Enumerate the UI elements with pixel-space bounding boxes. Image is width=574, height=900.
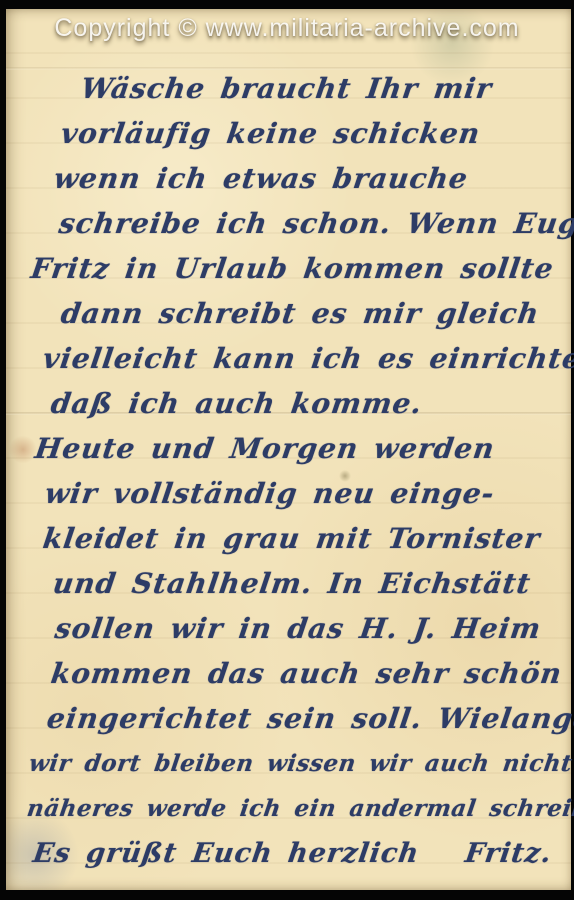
letter-paper: Wäsche braucht Ihr mirvorläufig keine sc… [6, 9, 571, 890]
letter-line: wenn ich etwas brauche [6, 156, 574, 201]
letter-line: Wäsche braucht Ihr mir [6, 66, 574, 111]
letter-line: daß ich auch komme. [6, 381, 574, 426]
letter-line: kleidet in grau mit Tornister [6, 516, 574, 561]
letter-lines: Wäsche braucht Ihr mirvorläufig keine sc… [6, 66, 571, 876]
letter-line: kommen das auch sehr schön [6, 651, 574, 696]
letter-line: dann schreibt es mir gleich [6, 291, 574, 336]
letter-line: vorläufig keine schicken [6, 111, 574, 156]
letter-line: Es grüßt Euch herzlich Fritz. [6, 831, 574, 876]
letter-line: und Stahlhelm. In Eichstätt [6, 561, 574, 606]
letter-line: eingerichtet sein soll. Wielange [6, 696, 574, 741]
scanned-letter-photo: Wäsche braucht Ihr mirvorläufig keine sc… [0, 0, 574, 900]
letter-line: wir vollständig neu einge- [6, 471, 574, 516]
letter-line: wir dort bleiben wissen wir auch nicht [6, 741, 574, 786]
letter-line: sollen wir in das H. J. Heim [6, 606, 574, 651]
letter-line: schreibe ich schon. Wenn Eugen [6, 201, 574, 246]
letter-line: Heute und Morgen werden [6, 426, 574, 471]
letter-line: vielleicht kann ich es einrichten [6, 336, 574, 381]
letter-line: näheres werde ich ein andermal schreiben… [6, 786, 574, 831]
letter-line: Fritz in Urlaub kommen sollte [6, 246, 574, 291]
watermark-text: Copyright © www.militaria-archive.com [0, 14, 574, 43]
